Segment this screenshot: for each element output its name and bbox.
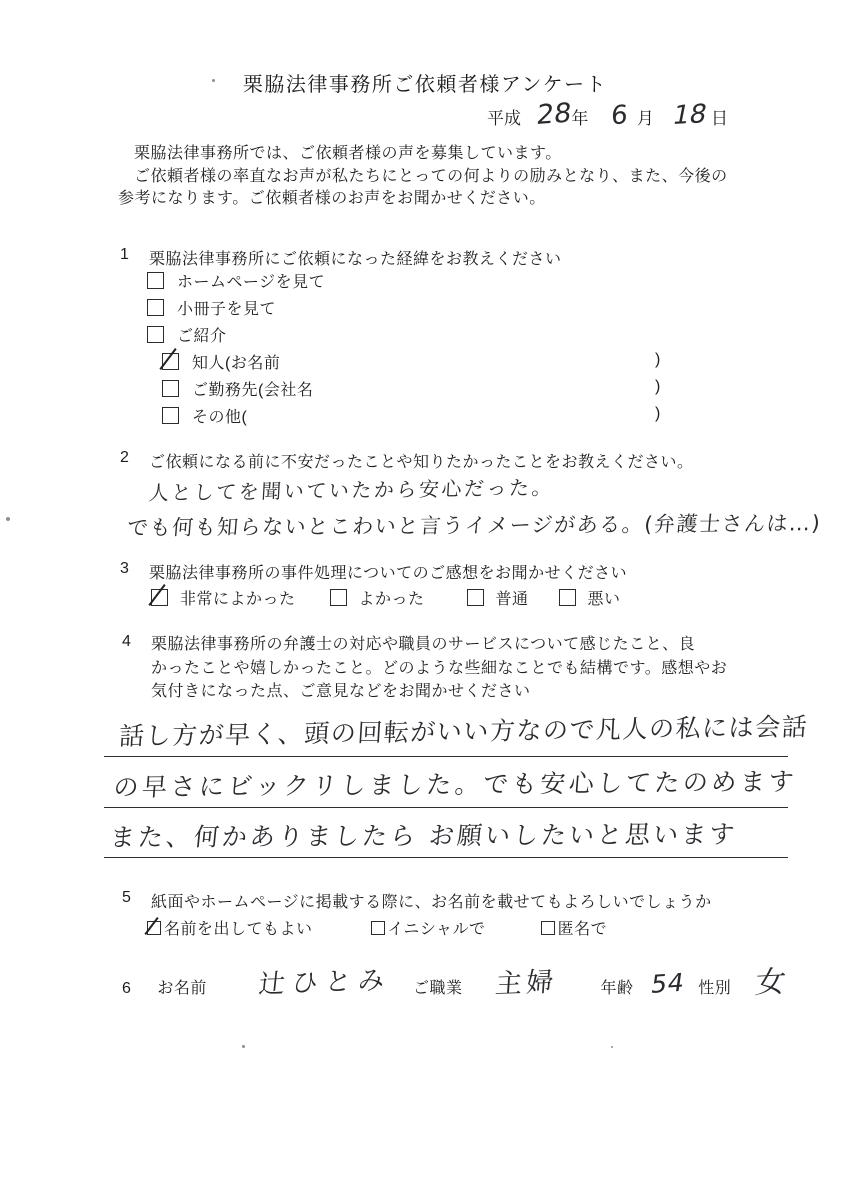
- paren-close: ): [655, 405, 661, 423]
- q1-option-label: その他(: [192, 404, 247, 427]
- scan-speck: [212, 79, 215, 82]
- q4-text-line-1: 栗脇法律事務所の弁護士の対応や職員のサービスについて感じたこと、良: [151, 633, 727, 657]
- question-5-number: 5: [122, 889, 134, 907]
- checkbox-unchecked: [162, 380, 179, 397]
- question-4-heading: 4 栗脇法律事務所の弁護士の対応や職員のサービスについて感じたこと、良 かったこ…: [122, 633, 727, 704]
- question-2-number: 2: [120, 449, 132, 467]
- question-1-options: ホームページを見て 小冊子を見て ご紹介 知人(お名前 ) ご勤務先(会社名 )…: [147, 272, 325, 434]
- intro-line-2: ご依頼者様の率直なお声が私たちにとっての何よりの励みとなり、また、今後の: [118, 166, 768, 189]
- question-5-heading: 5 紙面やホームページに掲載する際に、お名前を載せてもよろしいでしょうか: [122, 889, 712, 912]
- q2-handwritten-answer-line-1: 人としてを聞いていたから安心だった。: [148, 471, 555, 506]
- paren-close: ): [655, 351, 661, 369]
- q6-gender-label: 性別: [698, 975, 731, 998]
- q3-option-bad: 悪い: [588, 586, 621, 609]
- intro-line-1: 栗脇法律事務所では、ご依頼者様の声を募集しています。: [118, 143, 768, 166]
- date-year-handwritten: 28: [535, 98, 573, 131]
- question-1-number: 1: [120, 246, 132, 264]
- q3-option-good: よかった: [359, 586, 425, 609]
- q1-option-label: ご勤務先(会社名: [192, 377, 313, 400]
- date-year-unit: 年: [571, 104, 588, 131]
- q1-option-label: ご紹介: [177, 323, 227, 346]
- checkbox-unchecked: [467, 589, 484, 606]
- date-month-handwritten: 6: [610, 100, 629, 131]
- date-day-handwritten: 18: [670, 99, 709, 131]
- q5-option-show-name: 名前を出してもよい: [164, 916, 313, 939]
- checkbox-unchecked: [330, 589, 347, 606]
- q3-option-average: 普通: [496, 586, 529, 609]
- q4-handwritten-answer-line-1: 話し方が早く、頭の回転がいい方なので凡人の私には会話: [104, 707, 809, 756]
- q3-option-excellent: 非常によかった: [180, 586, 296, 609]
- checkbox-checked: [151, 589, 168, 606]
- question-3-options: 非常によかった よかった 普通 悪い: [151, 586, 621, 609]
- checkbox-unchecked: [147, 299, 164, 316]
- q4-handwritten-answer-line-2: の早さにビックリしました。でも安心してたのめます: [104, 762, 799, 807]
- q2-handwritten-answer-line-2: でも何も知らないとこわいと言うイメージがある。(弁護士さんは…): [126, 507, 823, 542]
- q1-option-homepage: ホームページを見て: [147, 272, 325, 289]
- q1-option-label: 知人(お名前: [192, 350, 280, 373]
- question-1-text: 栗脇法律事務所にご依頼になった経緯をお教えください: [149, 246, 562, 269]
- date-era-label: 平成: [487, 104, 521, 131]
- checkbox-unchecked: [541, 921, 555, 935]
- q6-age-handwritten: 54: [649, 968, 686, 999]
- question-3-text: 栗脇法律事務所の事件処理についてのご感想をお聞かせください: [149, 560, 627, 583]
- scan-speck: [6, 517, 10, 521]
- q5-option-initials: イニシャルで: [388, 916, 486, 939]
- q5-option-anonymous: 匿名で: [558, 916, 608, 939]
- question-6-number: 6: [122, 980, 131, 998]
- q1-option-referral: ご紹介: [147, 326, 325, 343]
- checkbox-unchecked: [559, 589, 576, 606]
- question-4-number: 4: [122, 633, 134, 651]
- question-5-options: 名前を出してもよい イニシャルで 匿名で: [147, 916, 607, 939]
- q4-text-line-3: 気付きになった点、ご意見などをお聞かせください: [151, 680, 727, 704]
- q1-option-label: 小冊子を見て: [177, 296, 276, 319]
- question-1-heading: 1 栗脇法律事務所にご依頼になった経緯をお教えください: [120, 246, 562, 269]
- intro-line-3: 参考になります。ご依頼者様のお声をお聞かせください。: [118, 188, 768, 211]
- scan-speck: [242, 1045, 245, 1048]
- q1-option-acquaintance: 知人(お名前 ): [162, 353, 325, 370]
- q1-option-other: その他( ): [162, 407, 325, 424]
- checkbox-checked: [162, 353, 179, 370]
- q4-handwritten-answer-line-3: また、何かありましたら お願いしたいと思います: [104, 815, 739, 857]
- q6-name-label: お名前: [157, 975, 207, 998]
- q4-answer-rule-1: 話し方が早く、頭の回転がいい方なので凡人の私には会話: [104, 706, 788, 757]
- question-3-number: 3: [120, 560, 132, 578]
- q6-name-handwritten: 辻ひとみ: [257, 959, 393, 1001]
- date-line: 平成 28 年 6 月 18 日: [487, 100, 728, 131]
- q6-gender-handwritten: 女: [753, 956, 789, 1002]
- q4-answer-rule-2: の早さにビックリしました。でも安心してたのめます: [104, 757, 788, 808]
- q4-answer-rule-3: また、何かありましたら お願いしたいと思います: [104, 808, 788, 858]
- question-4-text: 栗脇法律事務所の弁護士の対応や職員のサービスについて感じたこと、良 かったことや…: [151, 633, 727, 704]
- document-title: 栗脇法律事務所ご依頼者様アンケート: [0, 68, 850, 97]
- q1-option-label: ホームページを見て: [177, 269, 325, 292]
- checkbox-unchecked: [162, 407, 179, 424]
- question-6-row: 6 お名前 辻ひとみ ご職業 主婦 年齢 54 性別 女: [122, 958, 784, 1002]
- checkbox-unchecked: [147, 272, 164, 289]
- checkbox-checked: [147, 921, 161, 935]
- intro-paragraph: 栗脇法律事務所では、ご依頼者様の声を募集しています。 ご依頼者様の率直なお声が私…: [118, 143, 768, 211]
- date-day-unit: 日: [711, 104, 728, 131]
- checkbox-unchecked: [147, 326, 164, 343]
- q4-text-line-2: かったことや嬉しかったこと。どのような些細なことでも結構です。感想やお: [151, 657, 727, 681]
- q6-age-label: 年齢: [600, 975, 633, 998]
- scan-speck: [611, 1046, 613, 1048]
- date-month-unit: 月: [637, 104, 654, 131]
- paren-close: ): [655, 378, 661, 396]
- q6-job-handwritten: 主婦: [494, 960, 559, 1001]
- question-2-heading: 2 ご依頼になる前に不安だったことや知りたかったことをお教えください。: [120, 449, 694, 472]
- scanned-survey-document: 栗脇法律事務所ご依頼者様アンケート 平成 28 年 6 月 18 日 栗脇法律事…: [0, 0, 850, 1203]
- question-2-text: ご依頼になる前に不安だったことや知りたかったことをお教えください。: [149, 449, 694, 472]
- question-5-text: 紙面やホームページに掲載する際に、お名前を載せてもよろしいでしょうか: [151, 889, 712, 912]
- question-3-heading: 3 栗脇法律事務所の事件処理についてのご感想をお聞かせください: [120, 560, 627, 583]
- q1-option-booklet: 小冊子を見て: [147, 299, 325, 316]
- q1-option-workplace: ご勤務先(会社名 ): [162, 380, 325, 397]
- q6-job-label: ご職業: [413, 975, 463, 998]
- checkbox-unchecked: [371, 921, 385, 935]
